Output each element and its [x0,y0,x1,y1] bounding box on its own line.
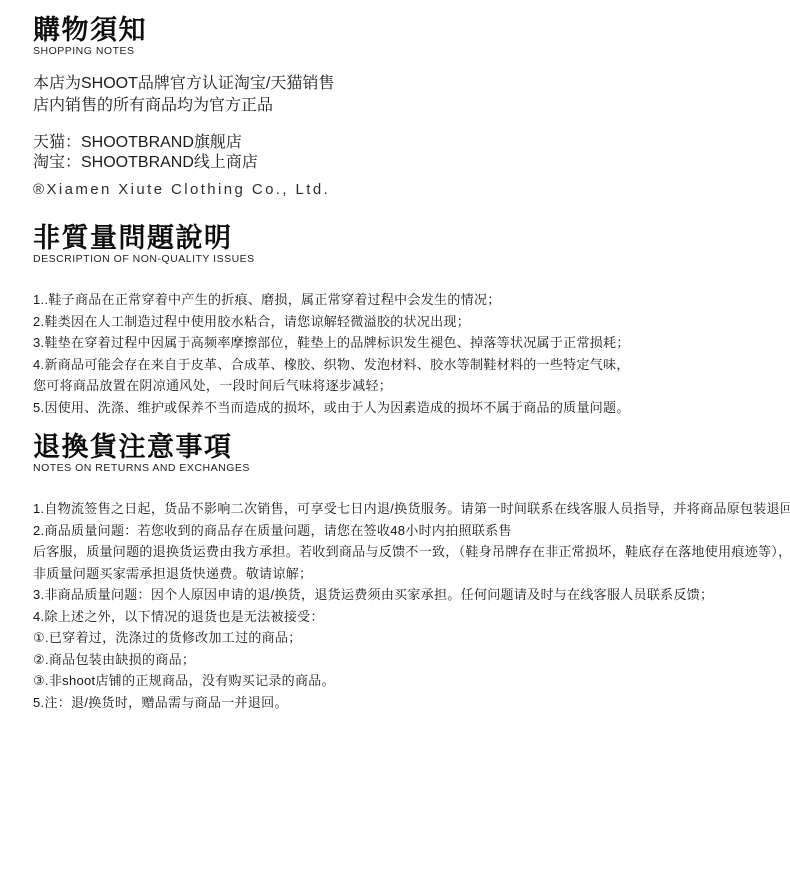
non-quality-line-5: 您可将商品放置在阴凉通风处，一段时间后气味将逐步减轻； [33,375,757,397]
returns-line-7: ①.已穿着过，洗涤过的货修改加工过的商品； [33,627,757,649]
non-quality-line-1: 1..鞋子商品在正常穿着中产生的折痕、磨损，属正常穿着过程中会发生的情况； [33,289,757,311]
section-non-quality-issues: 非質量問題說明 DESCRIPTION OF NON-QUALITY ISSUE… [33,223,757,418]
shopping-notes-title: 購物須知 [33,15,757,45]
product-notice-page: 購物須知 SHOPPING NOTES 本店为SHOOT品牌官方认证淘宝/天猫销… [0,0,790,713]
non-quality-line-2: 2.鞋类因在人工制造过程中使用胶水粘合，请您谅解轻微溢胶的状况出现； [33,311,757,333]
returns-title: 退換貨注意事項 [33,432,757,462]
returns-line-3: 后客服，质量问题的退换货运费由我方承担。若收到商品与反馈不一致，（鞋身吊牌存在非… [33,541,757,563]
intro-line: 店内销售的所有商品均为官方正品 [33,95,757,117]
taobao-store-line: 淘宝：SHOOTBRAND线上商店 [33,153,757,173]
non-quality-subtitle: DESCRIPTION OF NON-QUALITY ISSUES [33,253,757,266]
intro-line: 本店为SHOOT品牌官方认证淘宝/天猫销售 [33,73,757,95]
returns-subtitle: NOTES ON RETURNS AND EXCHANGES [33,462,757,475]
returns-list: 1.自物流签售之日起，货品不影响二次销售，可享受七日内退/换货服务。请第一时间联… [33,498,757,713]
returns-line-5: 3.非商品质量问题：因个人原因申请的退/换货，退货运费须由买家承担。任何问题请及… [33,584,757,606]
company-name: ®Xiamen Xiute Clothing Co., Ltd. [33,181,757,199]
tmall-store-line: 天猫：SHOOTBRAND旗舰店 [33,133,757,153]
non-quality-title: 非質量問題說明 [33,223,757,253]
official-certification-text: 本店为SHOOT品牌官方认证淘宝/天猫销售 店内销售的所有商品均为官方正品 [33,73,757,117]
store-channels: 天猫：SHOOTBRAND旗舰店 淘宝：SHOOTBRAND线上商店 [33,133,757,173]
returns-line-4: 非质量问题买家需承担退货快递费。敬请谅解； [33,563,757,585]
returns-line-1: 1.自物流签售之日起，货品不影响二次销售，可享受七日内退/换货服务。请第一时间联… [33,498,757,520]
returns-line-9: ③.非shoot店铺的正规商品，没有购买记录的商品。 [33,670,757,692]
non-quality-line-3: 3.鞋垫在穿着过程中因属于高频率摩擦部位，鞋垫上的品牌标识发生褪色、掉落等状况属… [33,332,757,354]
returns-line-2: 2.商品质量问题：若您收到的商品存在质量问题，请您在签收48小时内拍照联系售 [33,520,757,542]
non-quality-list: 1..鞋子商品在正常穿着中产生的折痕、磨损，属正常穿着过程中会发生的情况； 2.… [33,289,757,418]
section-shopping-notes: 購物須知 SHOPPING NOTES 本店为SHOOT品牌官方认证淘宝/天猫销… [33,15,757,199]
shopping-notes-subtitle: SHOPPING NOTES [33,45,757,58]
returns-line-10: 5.注：退/换货时，赠品需与商品一并退回。 [33,692,757,714]
non-quality-line-6: 5.因使用、洗涤、维护或保养不当而造成的损坏，或由于人为因素造成的损坏不属于商品… [33,397,757,419]
returns-line-8: ②.商品包装由缺损的商品； [33,649,757,671]
returns-line-6: 4.除上述之外，以下情况的退货也是无法被接受： [33,606,757,628]
non-quality-line-4: 4.新商品可能会存在来自于皮革、合成革、橡胶、织物、发泡材料、胶水等制鞋材料的一… [33,354,757,376]
section-returns-exchanges: 退換貨注意事項 NOTES ON RETURNS AND EXCHANGES 1… [33,432,757,713]
